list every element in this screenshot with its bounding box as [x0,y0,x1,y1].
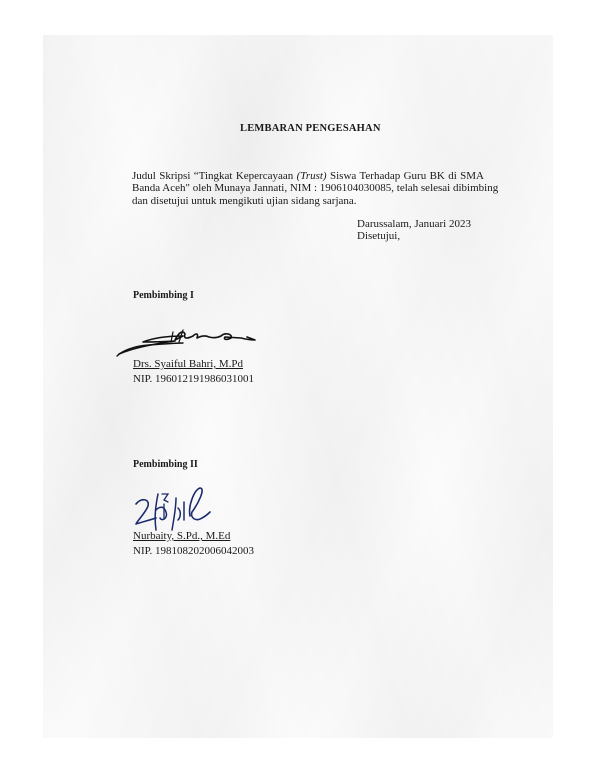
place-date: Darussalam, Januari 2023 [357,218,471,230]
approval-paragraph: Judul Skripsi “Tingkat Kepercayaan (Trus… [132,170,484,207]
paragraph-text: Siswa Terhadap Guru BK di SMA [327,170,484,182]
place-date-block: Darussalam, Januari 2023 Disetujui, [357,218,471,243]
paragraph-line-1: Judul Skripsi “Tingkat Kepercayaan (Trus… [132,170,484,182]
document-title: LEMBARAN PENGESAHAN [240,123,381,134]
paragraph-text: Judul Skripsi “Tingkat Kepercayaan [132,170,297,182]
scanned-paper [43,35,553,738]
supervisor-1-nip: NIP. 196012191986031001 [133,373,254,385]
paragraph-line-2: Banda Aceh" oleh Munaya Jannati, NIM : 1… [132,182,484,194]
signature-1-icon [113,326,263,358]
supervisor-2-nip: NIP. 198108202006042003 [133,545,254,557]
paragraph-italic-term: (Trust) [297,170,327,182]
supervisor-1-heading: Pembimbing I [133,290,194,301]
supervisor-1-name: Drs. Syaiful Bahri, M.Pd [133,358,243,370]
signature-2-icon [132,484,212,532]
paragraph-line-3: dan disetujui untuk mengikuti ujian sida… [132,195,484,207]
approved-label: Disetujui, [357,230,471,242]
supervisor-2-name: Nurbaity, S.Pd., M.Ed [133,530,230,542]
supervisor-2-heading: Pembimbing II [133,459,198,470]
